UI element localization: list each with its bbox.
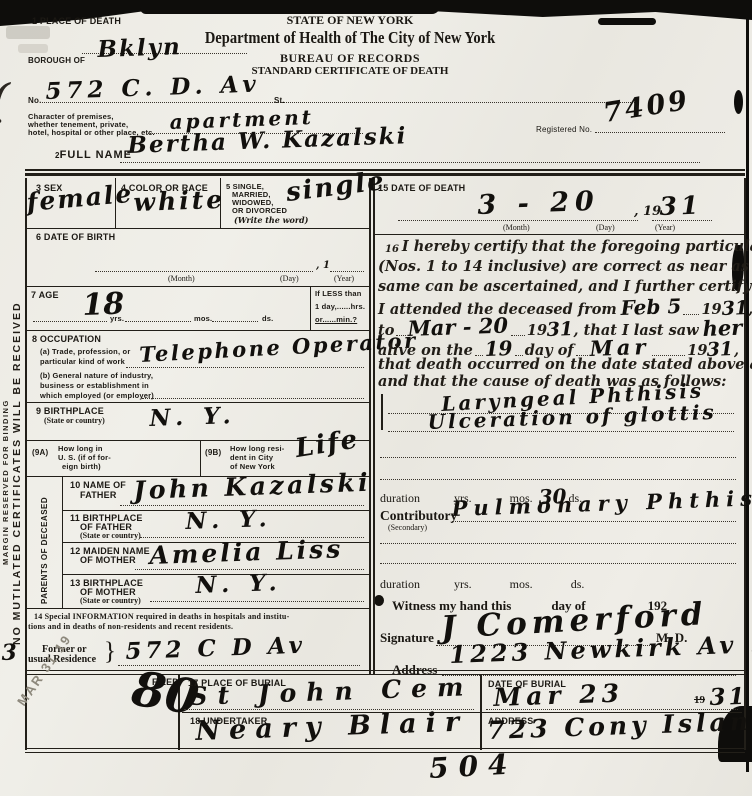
cert-blank-4b bbox=[683, 312, 699, 315]
cert-text-2: (Nos. 1 to 14 inclusive) are correct as … bbox=[378, 258, 752, 275]
full-name-text: FULL NAME bbox=[60, 149, 132, 161]
date-of-death-19: , 19 bbox=[634, 204, 661, 219]
street-suffix-label: St. bbox=[274, 96, 285, 105]
parents-of-deceased-label: PARENTS OF DECEASED bbox=[40, 482, 49, 604]
cert-text-3: same can be ascertained, and I further c… bbox=[378, 278, 752, 295]
mother-bp-value: N. Y. bbox=[195, 569, 283, 599]
less-than-label-2: 1 day,......hrs. bbox=[315, 302, 365, 311]
occupation-a-label-2: particular kind of work bbox=[40, 357, 125, 366]
residence-brace: } bbox=[104, 638, 116, 666]
full-name-line bbox=[120, 161, 700, 163]
contributory-line bbox=[452, 520, 736, 522]
footer-code: 504 bbox=[428, 747, 518, 785]
date-of-death-value: 3 - 20 bbox=[477, 186, 600, 221]
dur1-label: duration bbox=[380, 491, 420, 506]
date-of-death-year-line bbox=[652, 219, 712, 221]
cert-line-3: same can be ascertained, and I further c… bbox=[378, 278, 739, 295]
h9b-label-1: How long resi- bbox=[230, 444, 284, 453]
dur2-ds: ds. bbox=[571, 577, 585, 592]
special-info-label-1: 14 Special INFORMATION required in death… bbox=[34, 612, 289, 621]
occupation-b-label-3: which employed (or employer) bbox=[40, 391, 154, 400]
h9a-num: (9A) bbox=[32, 448, 48, 457]
borough-label: BOROUGH OF bbox=[28, 56, 85, 65]
center-divider-1 bbox=[369, 178, 371, 674]
death-certificate-scan: ( MARGIN RESERVED FOR BINDING NO MUTILAT… bbox=[0, 0, 752, 796]
bottom-band-bottom-rule bbox=[25, 748, 745, 753]
age-less-divider bbox=[310, 286, 311, 330]
father-bp-note: (State or country) bbox=[80, 531, 141, 540]
header-rule-2 bbox=[25, 173, 745, 176]
occupation-b-label-1: (b) General nature of industry, bbox=[40, 371, 153, 380]
h9ab-divider bbox=[200, 440, 201, 476]
cert-line-1: 16 I hereby certify that the foregoing p… bbox=[385, 238, 739, 255]
h9b-label-3: of New York bbox=[230, 462, 275, 471]
scan-top-mid-chunk bbox=[140, 0, 440, 14]
row-line-age bbox=[25, 330, 370, 331]
rule-dotted-2 bbox=[380, 478, 736, 480]
dob-month-caption: (Month) bbox=[168, 274, 195, 283]
h9b-num: (9B) bbox=[205, 448, 221, 457]
contributory-note: (Secondary) bbox=[388, 523, 427, 532]
h9b-label-2: dent in City bbox=[230, 453, 273, 462]
cert-num: 16 bbox=[385, 244, 399, 255]
dur2-mos: mos. bbox=[510, 577, 533, 592]
center-divider-2 bbox=[373, 178, 375, 674]
birthplace-value: N. Y. bbox=[149, 402, 237, 432]
margin-no-mutilated-text: NO MUTILATED CERTIFICATES WILL BE RECEIV… bbox=[11, 190, 23, 645]
dod-day-caption: (Day) bbox=[596, 223, 615, 232]
duration-2-row: duration yrs. mos. ds. bbox=[380, 576, 736, 592]
father-bp-value: N. Y. bbox=[185, 505, 273, 535]
registered-no-label: Registered No. bbox=[536, 125, 592, 134]
father-name-label-1: 10 NAME OF bbox=[70, 480, 126, 490]
dod-month-caption: (Month) bbox=[503, 223, 530, 232]
age-line-1 bbox=[33, 320, 107, 322]
row-line-dob bbox=[25, 286, 370, 287]
date-of-death-label: 15 DATE OF DEATH bbox=[378, 183, 465, 193]
age-yrs-caption: yrs. bbox=[110, 314, 124, 323]
marital-label-4: OR DIVORCED bbox=[232, 206, 287, 215]
h9a-label-3: eign birth) bbox=[62, 462, 101, 471]
special-info-label-2: tions and in deaths of non-residents and… bbox=[28, 622, 233, 631]
age-label: 7 AGE bbox=[31, 290, 59, 300]
place-of-death-label: 1 PLACE OF DEATH bbox=[32, 16, 121, 26]
dob-label: 6 DATE OF BIRTH bbox=[36, 232, 115, 242]
dod-year-caption: (Year) bbox=[655, 223, 675, 232]
scan-smudge-1 bbox=[6, 26, 50, 39]
dob-line bbox=[95, 270, 313, 272]
age-line-3 bbox=[212, 320, 258, 322]
dod-section-divider bbox=[374, 234, 745, 235]
dob-pre-year: , 1 bbox=[316, 260, 330, 271]
signature-label: Signature bbox=[380, 630, 434, 646]
marital-note: (Write the word) bbox=[234, 215, 308, 225]
cert-text-4-end: , bbox=[748, 301, 752, 318]
department-heading: Department of Health of The City of New … bbox=[183, 28, 517, 48]
scan-blob-1 bbox=[734, 90, 743, 114]
occupation-a-label-1: (a) Trade, profession, or bbox=[40, 347, 130, 356]
cert-text-7: that death occurred on the date stated a… bbox=[378, 356, 752, 373]
occupation-a-line bbox=[126, 366, 364, 368]
dob-year-line bbox=[330, 270, 364, 272]
row-line-13 bbox=[25, 608, 370, 609]
table-left-border bbox=[25, 178, 27, 750]
date-of-death-year-value: 31 bbox=[659, 191, 703, 221]
cert-text-1: I hereby certify that the foregoing part… bbox=[402, 238, 752, 255]
date-of-burial-19: 19 bbox=[694, 694, 705, 706]
rule-dotted-4 bbox=[380, 562, 736, 564]
row-line-sex bbox=[25, 228, 370, 229]
rule-dotted-3 bbox=[380, 542, 736, 544]
race-value: white bbox=[133, 185, 226, 217]
occupation-b-label-2: business or establishment in bbox=[40, 381, 149, 390]
cert-line-2: (Nos. 1 to 14 inclusive) are correct as … bbox=[378, 258, 739, 275]
mother-bp-line bbox=[150, 600, 364, 602]
age-mos-caption: mos. bbox=[194, 314, 212, 323]
occupation-b-line bbox=[142, 397, 364, 399]
cause-line-2 bbox=[388, 430, 734, 432]
standard-certificate-heading: STANDARD CERTIFICATE OF DEATH bbox=[230, 65, 470, 77]
date-of-burial-value: Mar 23 bbox=[493, 678, 624, 712]
header-rule-1 bbox=[25, 169, 745, 171]
registered-no-line bbox=[595, 131, 725, 133]
occupation-label: 8 OCCUPATION bbox=[32, 334, 101, 344]
dur2-label: duration bbox=[380, 577, 420, 592]
less-than-label-1: If LESS than bbox=[315, 289, 362, 298]
scan-top-blip bbox=[598, 18, 656, 25]
parents-subcolumn-divider bbox=[62, 476, 63, 608]
borough-value: Bklyn bbox=[97, 33, 182, 63]
rule-dotted-1 bbox=[380, 456, 736, 458]
birthplace-label: 9 BIRTHPLACE bbox=[36, 406, 104, 416]
age-ds-caption: ds. bbox=[262, 314, 273, 323]
h9a-label-2: U. S. (if of for- bbox=[58, 453, 111, 462]
dur2-yrs: yrs. bbox=[454, 577, 472, 592]
dob-day-caption: (Day) bbox=[280, 274, 299, 283]
cert-line-7: that death occurred on the date stated a… bbox=[378, 355, 739, 373]
h9a-label-1: How long in bbox=[58, 444, 103, 453]
bureau-heading: BUREAU OF RECORDS bbox=[250, 51, 450, 66]
dob-year-caption: (Year) bbox=[334, 274, 354, 283]
margin-binding-text: MARGIN RESERVED FOR BINDING bbox=[1, 295, 10, 565]
mother-bp-note: (State or country) bbox=[80, 596, 141, 605]
ink-dot bbox=[374, 595, 384, 606]
contributory-label: Contributory bbox=[380, 508, 457, 524]
state-heading: STATE OF NEW YORK bbox=[250, 13, 450, 28]
less-than-label-3: or......min.? bbox=[315, 315, 357, 324]
cause-bracket bbox=[381, 394, 383, 430]
age-line-2 bbox=[125, 320, 191, 322]
father-name-label-2: FATHER bbox=[80, 490, 117, 500]
mother-name-label-2: OF MOTHER bbox=[80, 555, 136, 565]
scan-smudge-2 bbox=[18, 44, 48, 53]
stray-mark-3: 3 bbox=[1, 639, 17, 666]
birthplace-note: (State or country) bbox=[44, 416, 105, 425]
